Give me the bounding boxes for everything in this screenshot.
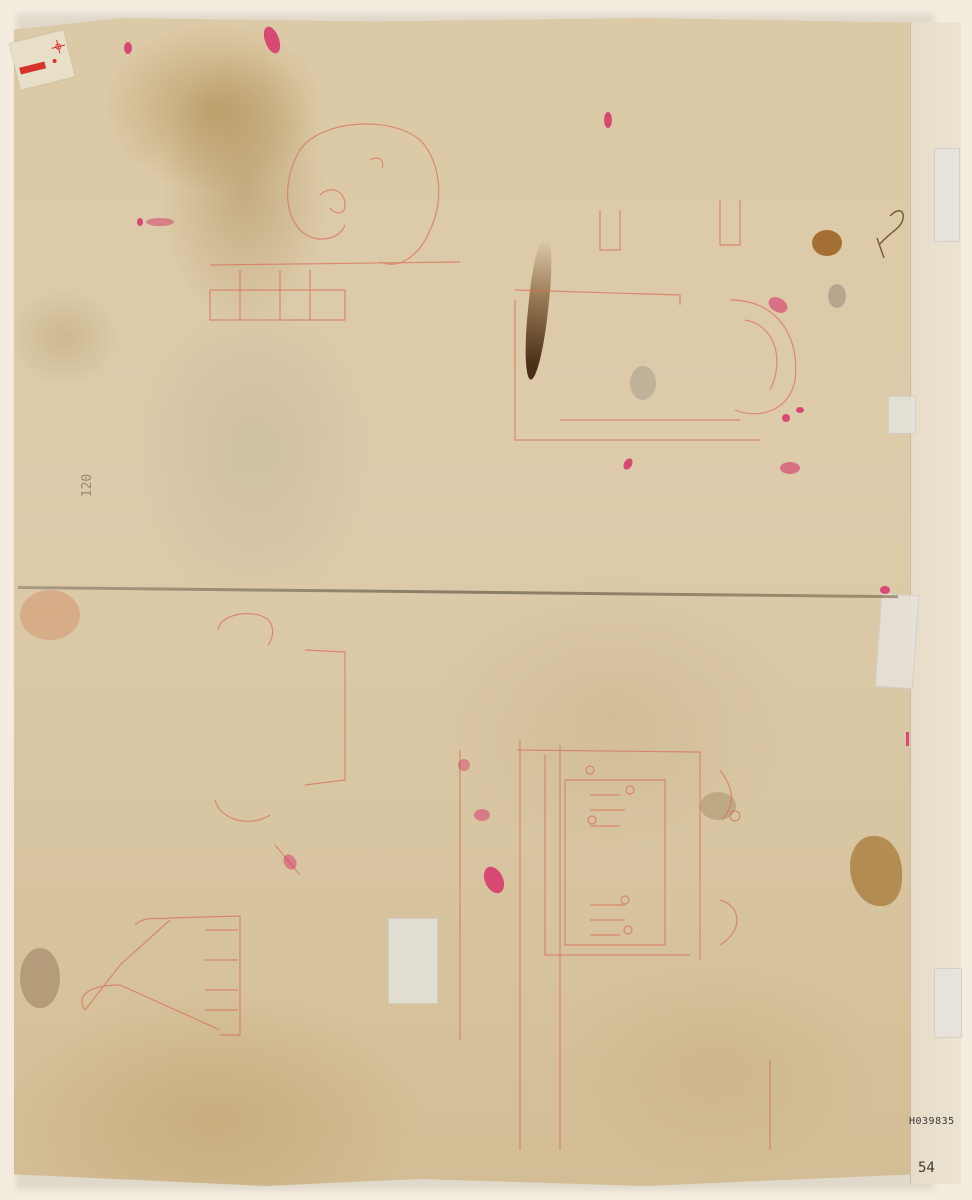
tape-piece [875,593,919,689]
red-smudge [20,590,80,640]
gray-stain [630,366,656,400]
crosshair-icon [50,38,67,55]
gray-stain [700,792,736,820]
rust-stain [812,230,842,256]
margin-number: 120 [80,474,95,497]
label-red-dot [52,59,57,64]
tape-piece [934,968,962,1038]
inventory-number: H039835 [909,1116,955,1127]
folio-number: 54 [918,1160,935,1176]
gray-stain [828,284,846,308]
tape-piece [888,396,916,434]
paper-sheet [14,18,914,1186]
brown-stain [20,948,60,1008]
tape-piece [934,148,960,242]
tape-piece [388,918,438,1004]
label-red-bar [19,61,46,74]
